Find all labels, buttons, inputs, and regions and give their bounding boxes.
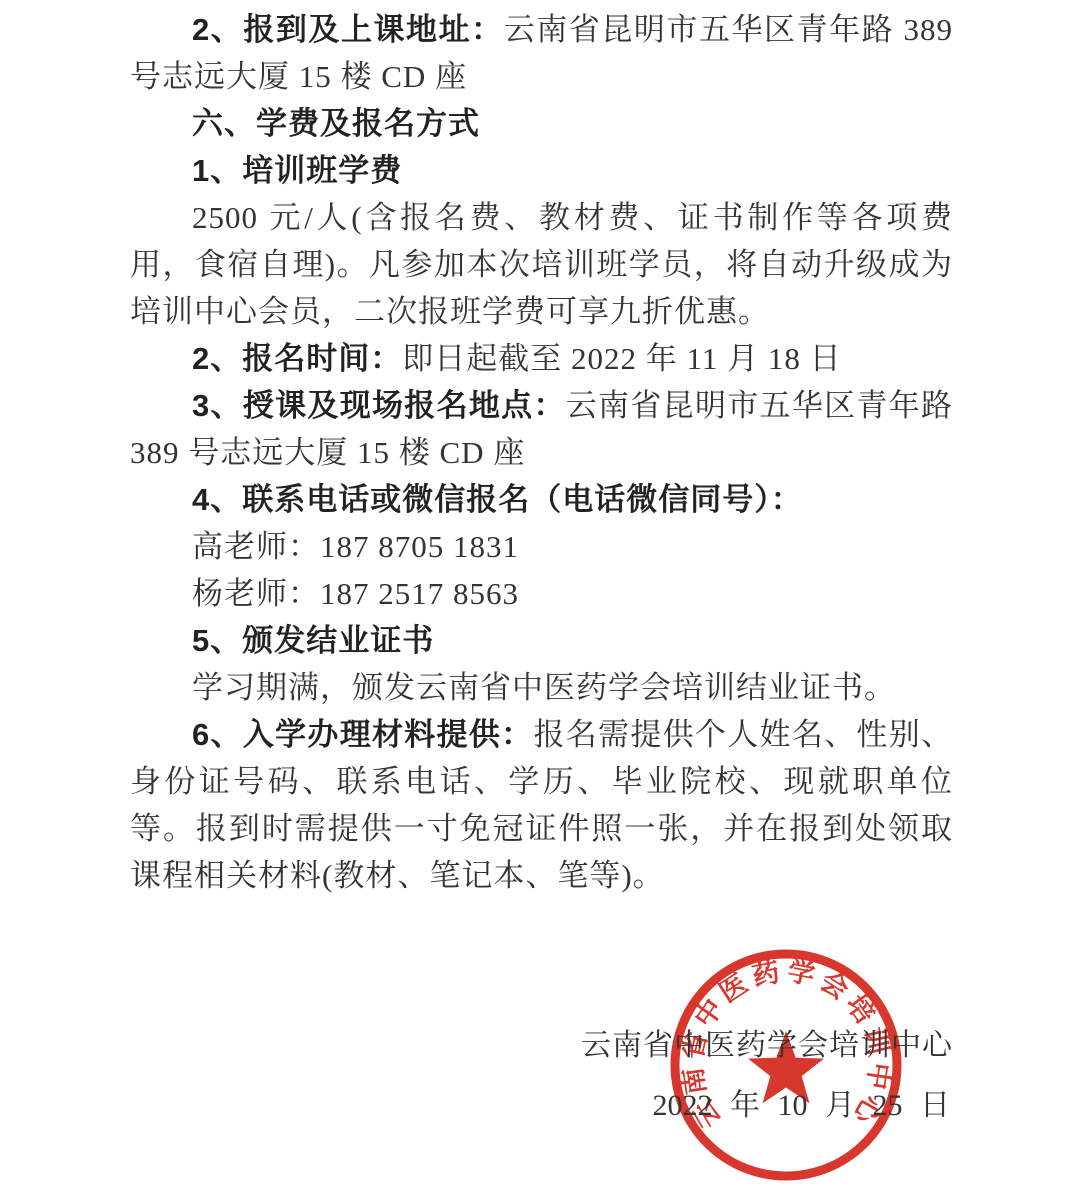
para-checkin-address: 2、报到及上课地址：云南省昆明市五华区青年路 389 号志远大厦 15 楼 CD… [130,6,953,100]
issuer-signature: 云南省中医药学会培训中心 [581,1020,953,1064]
para-certificate-detail: 学习期满，颁发云南省中医药学会培训结业证书。 [130,664,953,711]
issue-date: 2022 年 10 月 25 日 [653,1080,951,1124]
phone-gao: 高老师：187 8705 1831 [192,529,519,564]
heading-section-six: 六、学费及报名方式 [130,100,953,147]
heading-text: 4、联系电话或微信报名（电话微信同号）： [192,482,803,517]
para-label: 2、报名时间： [192,341,402,376]
para-registration-deadline: 2、报名时间：即日起截至 2022 年 11 月 18 日 [130,335,953,382]
heading-text: 六、学费及报名方式 [192,106,480,141]
para-label: 2、报到及上课地址： [192,12,504,47]
para-text: 即日起截至 2022 年 11 月 18 日 [402,341,841,376]
para-tuition-detail: 2500 元/人(含报名费、教材费、证书制作等各项费用，食宿自理)。凡参加本次培… [130,194,953,335]
scanned-notice-page: { "page": { "background": "#ffffff", "te… [0,0,1080,1194]
para-label: 3、授课及现场报名地点： [192,388,566,423]
heading-tuition: 1、培训班学费 [130,147,953,194]
heading-text: 1、培训班学费 [192,153,402,188]
phone-yang: 杨老师：187 2517 8563 [192,576,519,611]
para-enrollment-materials: 6、入学办理材料提供：报名需提供个人姓名、性别、身份证号码、联系电话、学历、毕业… [130,711,953,899]
para-text: 学习期满，颁发云南省中医药学会培训结业证书。 [192,670,896,705]
para-teaching-address: 3、授课及现场报名地点：云南省昆明市五华区青年路 389 号志远大厦 15 楼 … [130,382,953,476]
heading-contact: 4、联系电话或微信报名（电话微信同号）： [130,476,953,523]
document-body: 2、报到及上课地址：云南省昆明市五华区青年路 389 号志远大厦 15 楼 CD… [130,6,953,899]
para-contact-yang: 杨老师：187 2517 8563 [130,570,953,617]
heading-text: 5、颁发结业证书 [192,623,434,658]
para-contact-gao: 高老师：187 8705 1831 [130,523,953,570]
para-text: 2500 元/人(含报名费、教材费、证书制作等各项费用，食宿自理)。凡参加本次培… [130,200,953,329]
heading-certificate: 5、颁发结业证书 [130,617,953,664]
para-label: 6、入学办理材料提供： [192,717,533,752]
